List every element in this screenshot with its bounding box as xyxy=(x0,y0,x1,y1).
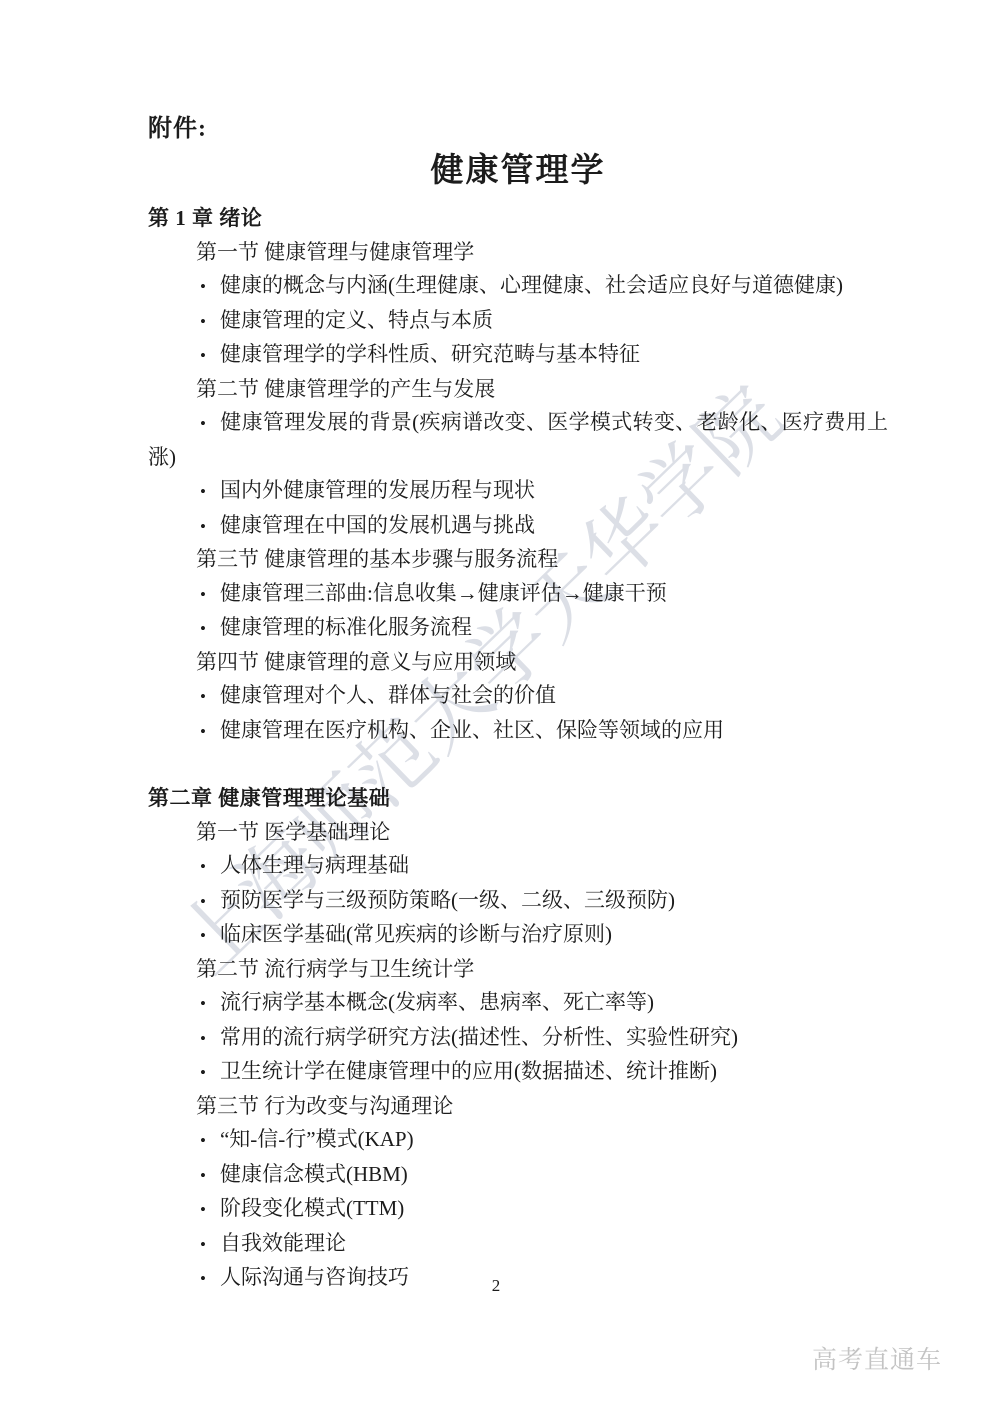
bullet-icon: • xyxy=(200,312,206,331)
outline-item-text: 健康管理在中国的发展机遇与挑战 xyxy=(220,513,535,537)
page-number: 2 xyxy=(0,1276,992,1296)
outline-bullet-item: •常用的流行病学研究方法(描述性、分析性、实验性研究) xyxy=(148,1021,888,1056)
outline-section-item: 第三节 健康管理的基本步骤与服务流程 xyxy=(148,543,888,577)
outline-item-text: 自我效能理论 xyxy=(220,1231,346,1255)
bullet-icon: • xyxy=(200,857,206,876)
outline-bullet-item: •健康管理学的学科性质、研究范畴与基本特征 xyxy=(148,338,888,373)
outline-bullet-item: •阶段变化模式(TTM) xyxy=(148,1192,888,1227)
document-page: 上海师范大学天华学院 附件: 健康管理学 第 1 章 绪论第一节 健康管理与健康… xyxy=(0,0,992,1403)
bullet-icon: • xyxy=(200,277,206,296)
bullet-icon: • xyxy=(200,517,206,536)
outline-bullet-item: •卫生统计学在健康管理中的应用(数据描述、统计推断) xyxy=(148,1055,888,1090)
outline-item-text: 流行病学基本概念(发病率、患病率、死亡率等) xyxy=(220,990,654,1014)
outline-bullet-item: •健康的概念与内涵(生理健康、心理健康、社会适应良好与道德健康) xyxy=(148,269,888,304)
footer-watermark: 高考直通车 xyxy=(812,1340,942,1376)
outline-bullet-item: •健康管理的标准化服务流程 xyxy=(148,611,888,646)
outline-section-item: 第三节 行为改变与沟通理论 xyxy=(148,1090,888,1124)
document-title: 健康管理学 xyxy=(148,148,888,194)
outline-item-text: 卫生统计学在健康管理中的应用(数据描述、统计推断) xyxy=(220,1059,717,1083)
outline-bullet-item: •国内外健康管理的发展历程与现状 xyxy=(148,474,888,509)
outline-item-text: 健康管理的标准化服务流程 xyxy=(220,615,472,639)
outline-bullet-item: •健康管理在中国的发展机遇与挑战 xyxy=(148,509,888,544)
outline-item-text: 人体生理与病理基础 xyxy=(220,853,409,877)
course-outline: 第 1 章 绪论第一节 健康管理与健康管理学•健康的概念与内涵(生理健康、心理健… xyxy=(148,202,888,1296)
outline-bullet-item: •自我效能理论 xyxy=(148,1227,888,1262)
bullet-icon: • xyxy=(200,722,206,741)
outline-bullet-item: •健康管理三部曲:信息收集→健康评估→健康干预 xyxy=(148,577,888,612)
outline-bullet-item: •健康管理发展的背景(疾病谱改变、医学模式转变、老龄化、医疗费用上涨) xyxy=(148,406,888,474)
bullet-icon: • xyxy=(200,1166,206,1185)
outline-chapter-item: 第二章 健康管理理论基础 xyxy=(148,782,888,816)
bullet-icon: • xyxy=(200,892,206,911)
outline-item-text: 健康管理三部曲:信息收集→健康评估→健康干预 xyxy=(220,581,667,605)
outline-bullet-item: •健康管理的定义、特点与本质 xyxy=(148,304,888,339)
bullet-icon: • xyxy=(200,482,206,501)
outline-item-text: 预防医学与三级预防策略(一级、二级、三级预防) xyxy=(220,888,675,912)
bullet-icon: • xyxy=(200,1029,206,1048)
bullet-icon: • xyxy=(200,1235,206,1254)
attachment-label: 附件: xyxy=(148,112,888,146)
bullet-icon: • xyxy=(200,346,206,365)
outline-item-text: 健康管理的定义、特点与本质 xyxy=(220,308,493,332)
outline-section-item: 第二节 流行病学与卫生统计学 xyxy=(148,953,888,987)
outline-section-item: 第二节 健康管理学的产生与发展 xyxy=(148,373,888,407)
bullet-icon: • xyxy=(200,1063,206,1082)
outline-item-text: 阶段变化模式(TTM) xyxy=(220,1196,404,1220)
outline-bullet-item: •人体生理与病理基础 xyxy=(148,849,888,884)
bullet-icon: • xyxy=(200,994,206,1013)
bullet-icon: • xyxy=(200,1131,206,1150)
outline-section-item: 第一节 医学基础理论 xyxy=(148,816,888,850)
outline-item-text: 国内外健康管理的发展历程与现状 xyxy=(220,478,535,502)
outline-chapter-item: 第 1 章 绪论 xyxy=(148,202,888,236)
outline-item-text: 健康的概念与内涵(生理健康、心理健康、社会适应良好与道德健康) xyxy=(220,273,843,297)
bullet-icon: • xyxy=(200,687,206,706)
outline-bullet-item: •健康管理在医疗机构、企业、社区、保险等领域的应用 xyxy=(148,714,888,749)
outline-item-text: 健康信念模式(HBM) xyxy=(220,1162,408,1186)
outline-bullet-item: •“知-信-行”模式(KAP) xyxy=(148,1123,888,1158)
outline-section-item: 第一节 健康管理与健康管理学 xyxy=(148,236,888,270)
bullet-icon: • xyxy=(200,414,206,433)
bullet-icon: • xyxy=(200,926,206,945)
outline-item-text: “知-信-行”模式(KAP) xyxy=(220,1127,414,1151)
outline-bullet-item: •健康管理对个人、群体与社会的价值 xyxy=(148,679,888,714)
outline-bullet-item: •预防医学与三级预防策略(一级、二级、三级预防) xyxy=(148,884,888,919)
bullet-icon: • xyxy=(200,619,206,638)
page-content: 附件: 健康管理学 第 1 章 绪论第一节 健康管理与健康管理学•健康的概念与内… xyxy=(148,112,888,1296)
outline-section-item: 第四节 健康管理的意义与应用领域 xyxy=(148,646,888,680)
outline-bullet-item: •临床医学基础(常见疾病的诊断与治疗原则) xyxy=(148,918,888,953)
outline-item-text: 临床医学基础(常见疾病的诊断与治疗原则) xyxy=(220,922,612,946)
outline-item-text: 健康管理在医疗机构、企业、社区、保险等领域的应用 xyxy=(220,718,724,742)
outline-bullet-item: •健康信念模式(HBM) xyxy=(148,1158,888,1193)
outline-item-text: 健康管理发展的背景(疾病谱改变、医学模式转变、老龄化、医疗费用上涨) xyxy=(148,410,888,469)
outline-bullet-item: •流行病学基本概念(发病率、患病率、死亡率等) xyxy=(148,986,888,1021)
outline-spacer xyxy=(148,748,888,782)
bullet-icon: • xyxy=(200,585,206,604)
bullet-icon: • xyxy=(200,1200,206,1219)
outline-item-text: 健康管理对个人、群体与社会的价值 xyxy=(220,683,556,707)
outline-item-text: 常用的流行病学研究方法(描述性、分析性、实验性研究) xyxy=(220,1025,738,1049)
outline-item-text: 健康管理学的学科性质、研究范畴与基本特征 xyxy=(220,342,640,366)
